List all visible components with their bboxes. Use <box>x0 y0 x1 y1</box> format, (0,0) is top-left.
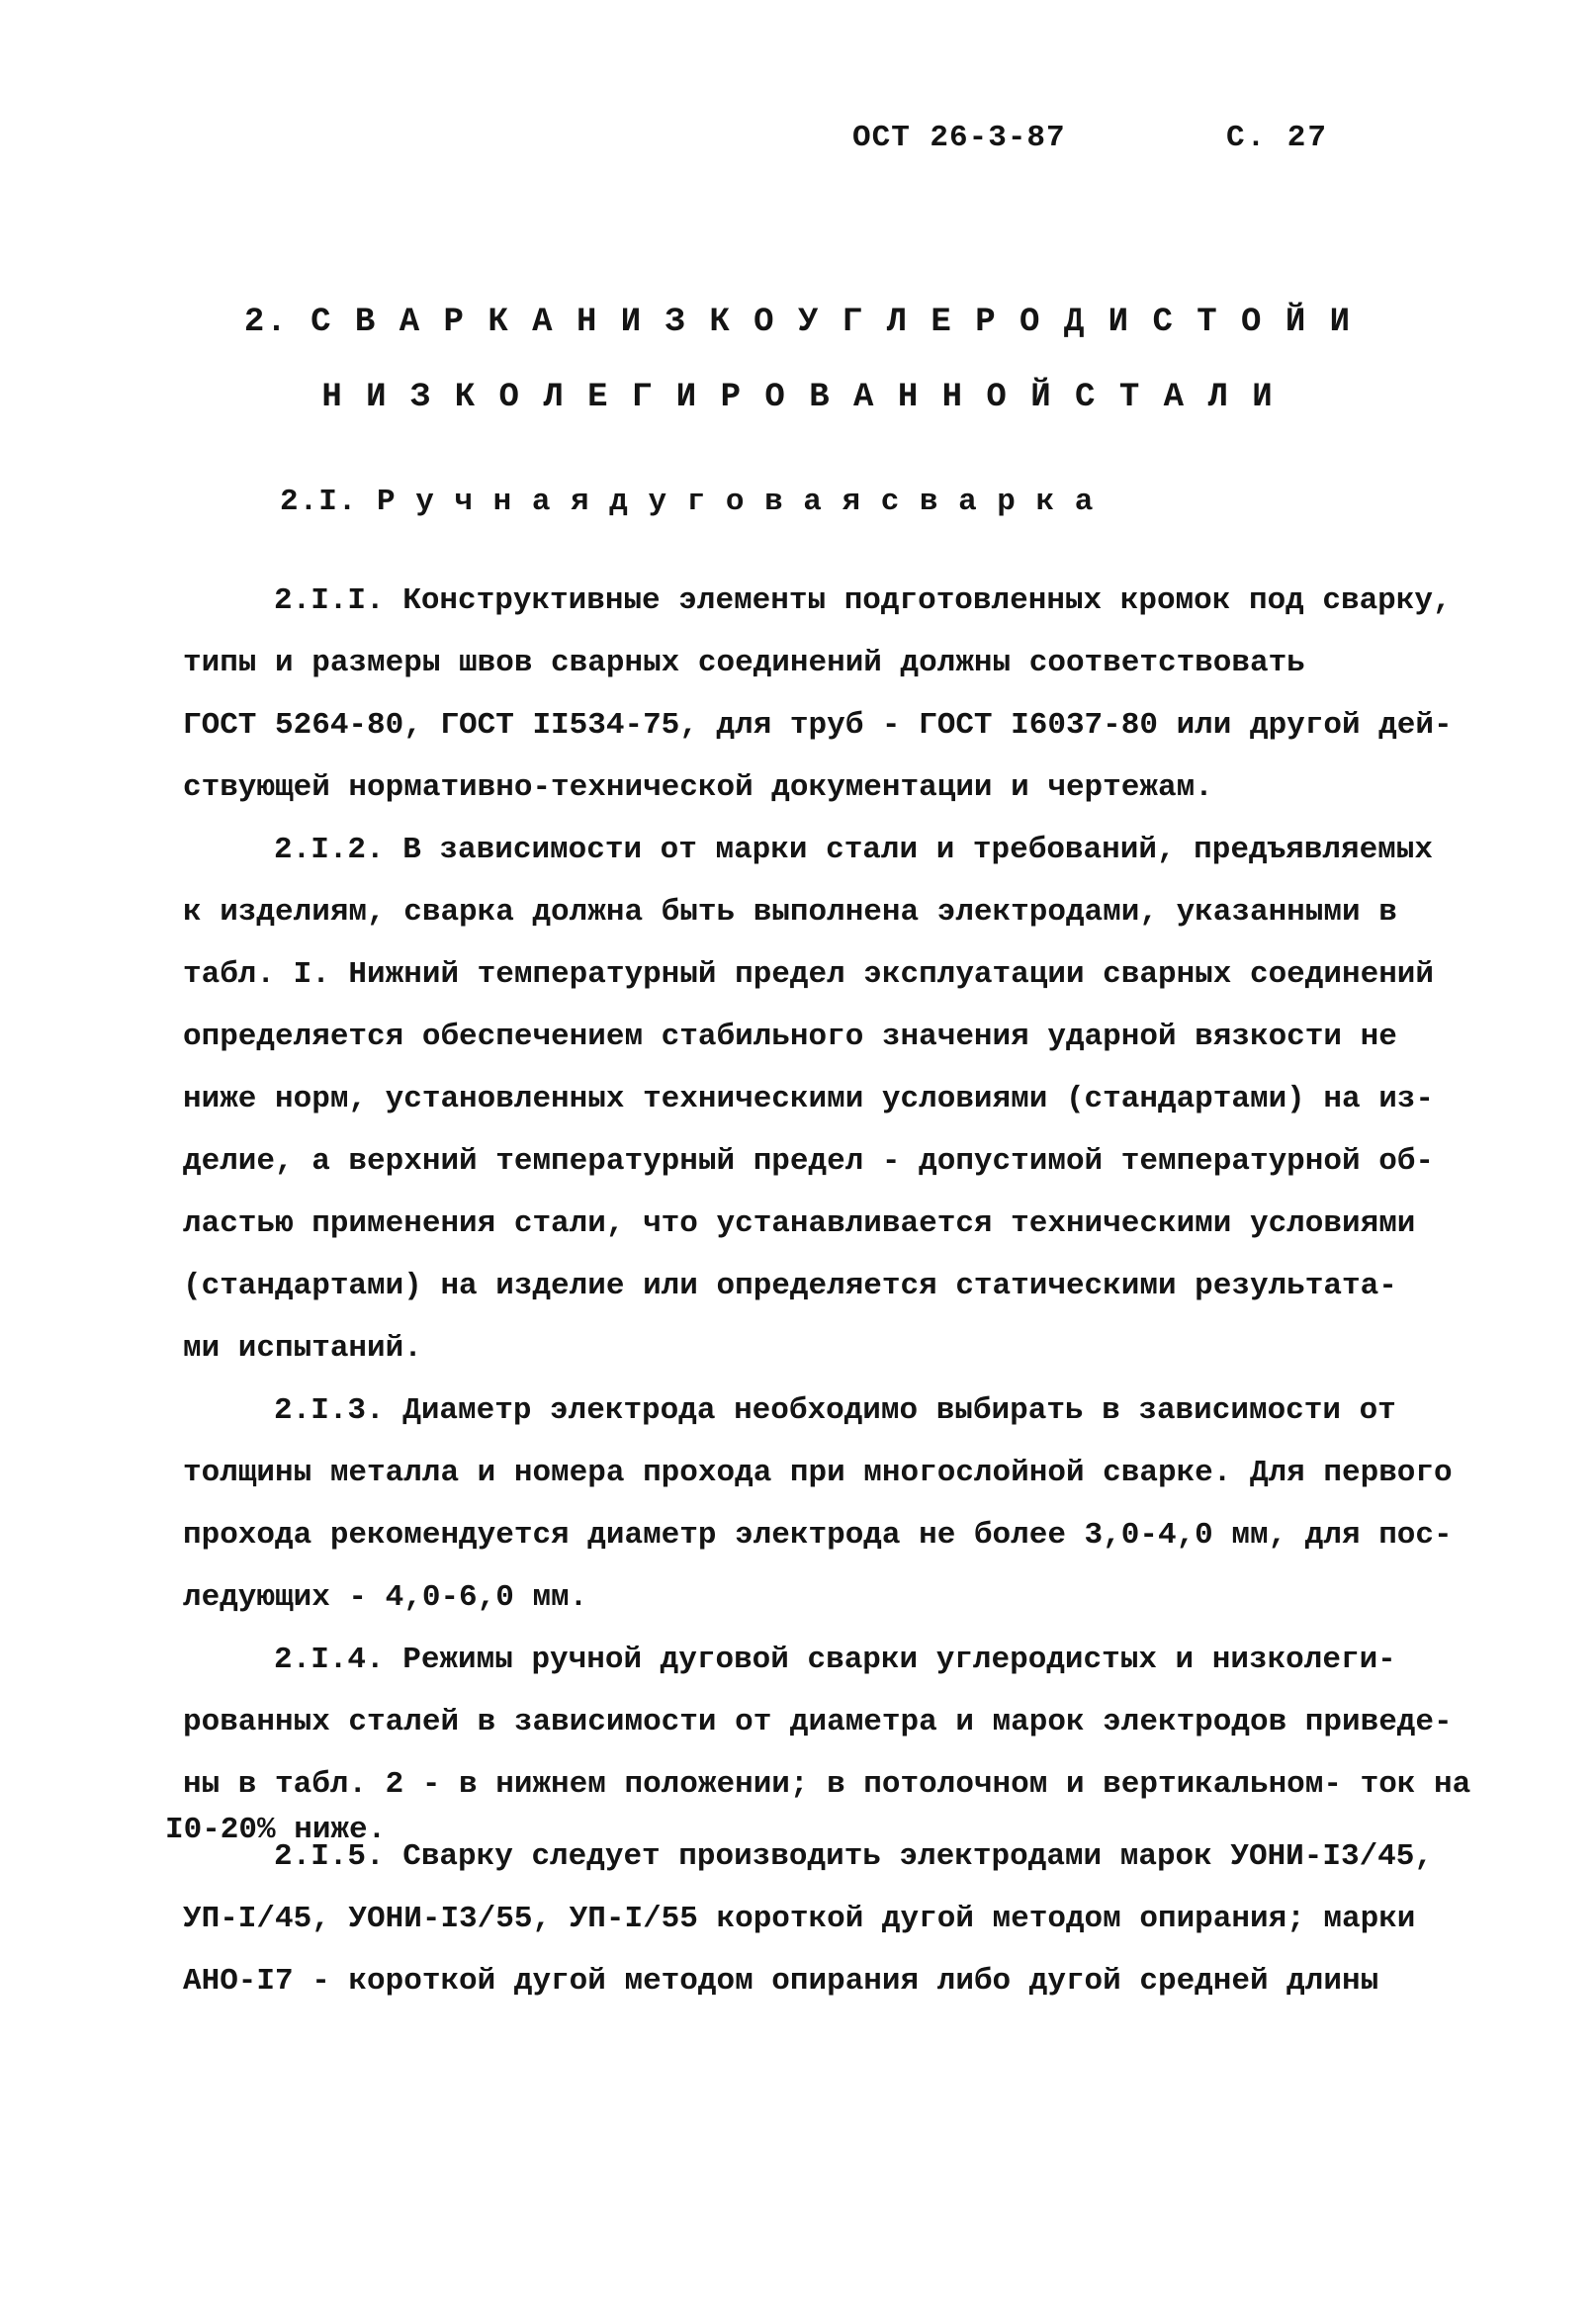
document-title: 2. С В А Р К А Н И З К О У Г Л Е Р О Д И… <box>0 285 1596 435</box>
paragraph-line: ластью применения стали, что устанавлива… <box>183 1193 1528 1255</box>
paragraph-line: табл. I. Нижний температурный предел экс… <box>183 943 1528 1006</box>
paragraph-line: ниже норм, установленных техническими ус… <box>183 1068 1528 1130</box>
document-body: 2.I.I. Конструктивные элементы подготовл… <box>183 570 1528 2012</box>
paragraph-line: прохода рекомендуется диаметр электрода … <box>183 1504 1528 1566</box>
scanned-document-page: ОСТ 26-3-87 С. 27 2. С В А Р К А Н И З К… <box>0 0 1596 2314</box>
paragraph-2-1-1: 2.I.I. Конструктивные элементы подготовл… <box>183 570 1528 819</box>
document-title-line-1: 2. С В А Р К А Н И З К О У Г Л Е Р О Д И… <box>0 285 1596 360</box>
paragraph-line: 2.I.5. Сварку следует производить электр… <box>183 1825 1528 1888</box>
paragraph-line: делие, а верхний температурный предел - … <box>183 1130 1528 1193</box>
paragraph-line: ствующей нормативно-технической документ… <box>183 756 1528 819</box>
paragraph-2-1-4: 2.I.4. Режимы ручной дуговой сварки угле… <box>183 1629 1528 1845</box>
paragraph-2-1-2: 2.I.2. В зависимости от марки стали и тр… <box>183 819 1528 1379</box>
document-number: ОСТ 26-3-87 <box>852 121 1066 155</box>
paragraph-line: толщины металла и номера прохода при мно… <box>183 1442 1528 1504</box>
paragraph-line: УП-I/45, УОНИ-I3/55, УП-I/55 короткой ду… <box>183 1888 1528 1950</box>
paragraph-2-1-3: 2.I.3. Диаметр электрода необходимо выби… <box>183 1379 1528 1629</box>
paragraph-line: определяется обеспечением стабильного зн… <box>183 1006 1528 1068</box>
paragraph-line: типы и размеры швов сварных соединений д… <box>183 632 1528 694</box>
paragraph-line: ны в табл. 2 - в нижнем положении; в пот… <box>183 1753 1528 1816</box>
paragraph-line: рованных сталей в зависимости от диаметр… <box>183 1691 1528 1753</box>
paragraph-line: ми испытаний. <box>183 1317 1528 1379</box>
paragraph-line: АНО-I7 - короткой дугой методом опирания… <box>183 1950 1528 2012</box>
page-number-label: С. 27 <box>1226 121 1328 155</box>
paragraph-line: 2.I.4. Режимы ручной дуговой сварки угле… <box>183 1629 1528 1691</box>
paragraph-line: ГОСТ 5264-80, ГОСТ II534-75, для труб - … <box>183 694 1528 756</box>
paragraph-line: (стандартами) на изделие или определяетс… <box>183 1255 1528 1317</box>
paragraph-2-1-5: 2.I.5. Сварку следует производить электр… <box>183 1825 1528 2012</box>
paragraph-line: 2.I.3. Диаметр электрода необходимо выби… <box>183 1379 1528 1442</box>
paragraph-line: 2.I.I. Конструктивные элементы подготовл… <box>183 570 1528 632</box>
paragraph-line: 2.I.2. В зависимости от марки стали и тр… <box>183 819 1528 881</box>
section-heading: 2.I. Р у ч н а я д у г о в а я с в а р к… <box>280 485 1094 519</box>
paragraph-line: к изделиям, сварка должна быть выполнена… <box>183 881 1528 943</box>
page-header: ОСТ 26-3-87 С. 27 <box>0 121 1596 170</box>
paragraph-line: ледующих - 4,0-6,0 мм. <box>183 1566 1528 1629</box>
document-title-line-2: Н И З К О Л Е Г И Р О В А Н Н О Й С Т А … <box>0 360 1596 435</box>
